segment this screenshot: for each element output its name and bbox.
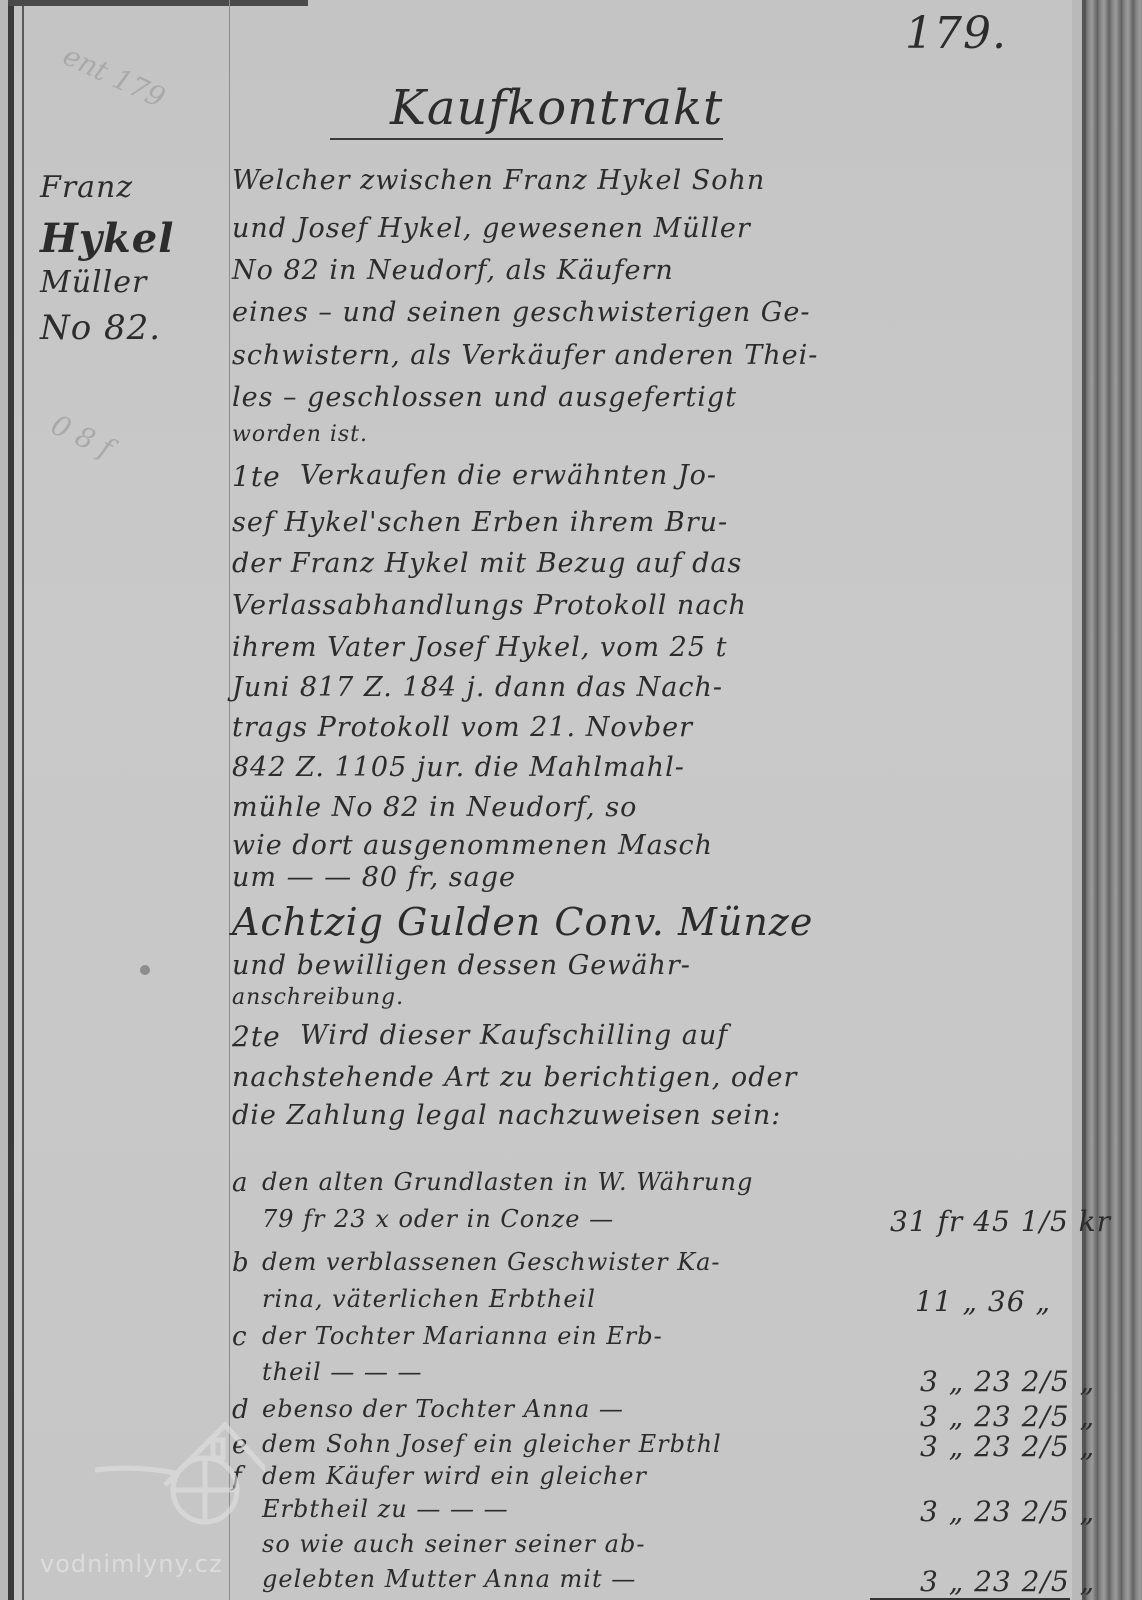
watermark-text: vodnimlyny.cz — [40, 1550, 223, 1578]
payment-amount: 3 „ 23 2/5 „ — [920, 1495, 1095, 1528]
amount-in-words: Achtzig Gulden Conv. Münze — [232, 900, 813, 944]
intro-line: worden ist. — [232, 422, 368, 447]
section-1-closing: und bewilligen dessen Gewähr- — [232, 950, 691, 981]
intro-line: les – geschlossen und ausgefertigt — [232, 382, 737, 413]
section-2-line: die Zahlung legal nachzuweisen sein: — [232, 1100, 781, 1131]
page-number: 179. — [905, 8, 1007, 59]
section-2-line: Wird dieser Kaufschilling auf — [300, 1020, 728, 1051]
ink-smudge — [140, 965, 150, 975]
payment-amount: 3 „ 23 2/5 „ — [920, 1400, 1095, 1433]
payment-line: ebenso der Tochter Anna — — [262, 1395, 624, 1423]
payment-line: den alten Grundlasten in W. Währung — [262, 1168, 753, 1196]
section-1-label: 1te — [232, 460, 281, 493]
document-title: Kaufkontrakt — [330, 80, 723, 140]
top-shadow — [8, 0, 308, 6]
section-1-line: Verkaufen die erwähnten Jo- — [300, 460, 717, 491]
payment-amount: 31 fr 45 1/5 kr — [890, 1205, 1111, 1238]
payment-line: der Tochter Marianna ein Erb- — [262, 1322, 663, 1350]
payment-amount: 3 „ 23 2/5 „ — [920, 1565, 1095, 1598]
section-1-line: Verlassabhandlungs Protokoll nach — [232, 590, 747, 621]
payment-amount: 3 „ 23 2/5 „ — [920, 1430, 1095, 1463]
margin-note-line: Franz — [40, 170, 133, 205]
intro-line: schwistern, als Verkäufer anderen Thei- — [232, 340, 818, 371]
payment-line: theil — — — — [262, 1358, 423, 1386]
payment-line: dem Käufer wird ein gleicher — [262, 1462, 647, 1490]
section-2-label: 2te — [232, 1020, 281, 1053]
payment-line: dem verblassenen Geschwister Ka- — [262, 1248, 721, 1276]
section-1-closing: anschreibung. — [232, 985, 404, 1010]
section-1-line: Juni 817 Z. 184 j. dann das Nach- — [232, 672, 723, 703]
section-1-line: der Franz Hykel mit Bezug auf das — [232, 548, 742, 579]
watermill-icon — [95, 1385, 265, 1535]
margin-note-line: No 82. — [40, 308, 161, 348]
payment-letter: a — [232, 1168, 249, 1198]
book-binding-pages — [1086, 0, 1142, 1600]
payment-line: dem Sohn Josef ein gleicher Erbthl — [262, 1430, 722, 1458]
payment-amount: 11 „ 36 „ — [915, 1285, 1051, 1318]
section-1-line: ihrem Vater Josef Hykel, vom 25 t — [232, 632, 727, 663]
payment-amount: 3 „ 23 2/5 „ — [920, 1365, 1095, 1398]
intro-line: No 82 in Neudorf, als Käufern — [232, 255, 674, 286]
section-2-line: nachstehende Art zu berichtigen, oder — [232, 1062, 797, 1093]
section-1-line: um — — 80 fr, sage — [232, 862, 516, 893]
intro-line: und Josef Hykel, gewesenen Müller — [232, 213, 751, 244]
payment-line: Erbtheil zu — — — — [262, 1495, 509, 1523]
intro-line: Welcher zwischen Franz Hykel Sohn — [232, 165, 765, 196]
margin-rule — [229, 0, 230, 1600]
payment-line: rina, väterlichen Erbtheil — [262, 1285, 596, 1313]
intro-line: eines – und seinen geschwisterigen Ge- — [232, 297, 810, 328]
margin-note-line: Müller — [40, 265, 147, 300]
payment-line: so wie auch seiner seiner ab- — [262, 1530, 645, 1558]
margin-note-line: Hykel — [40, 215, 174, 262]
payment-letter: c — [232, 1322, 248, 1352]
payment-line: 79 fr 23 x oder in Conze — — [262, 1205, 614, 1233]
payment-letter: b — [232, 1248, 250, 1278]
section-1-line: 842 Z. 1105 jur. die Mahlmahl- — [232, 752, 685, 783]
left-border-rule — [22, 0, 24, 1600]
payment-line: gelebten Mutter Anna mit — — [262, 1565, 636, 1593]
section-1-line: wie dort ausgenommenen Masch — [232, 830, 713, 861]
page-edge — [8, 0, 14, 1600]
section-1-line: mühle No 82 in Neudorf, so — [232, 792, 637, 823]
section-1-line: trags Protokoll vom 21. Novber — [232, 712, 693, 743]
section-1-line: sef Hykel'schen Erben ihrem Bru- — [232, 507, 728, 538]
